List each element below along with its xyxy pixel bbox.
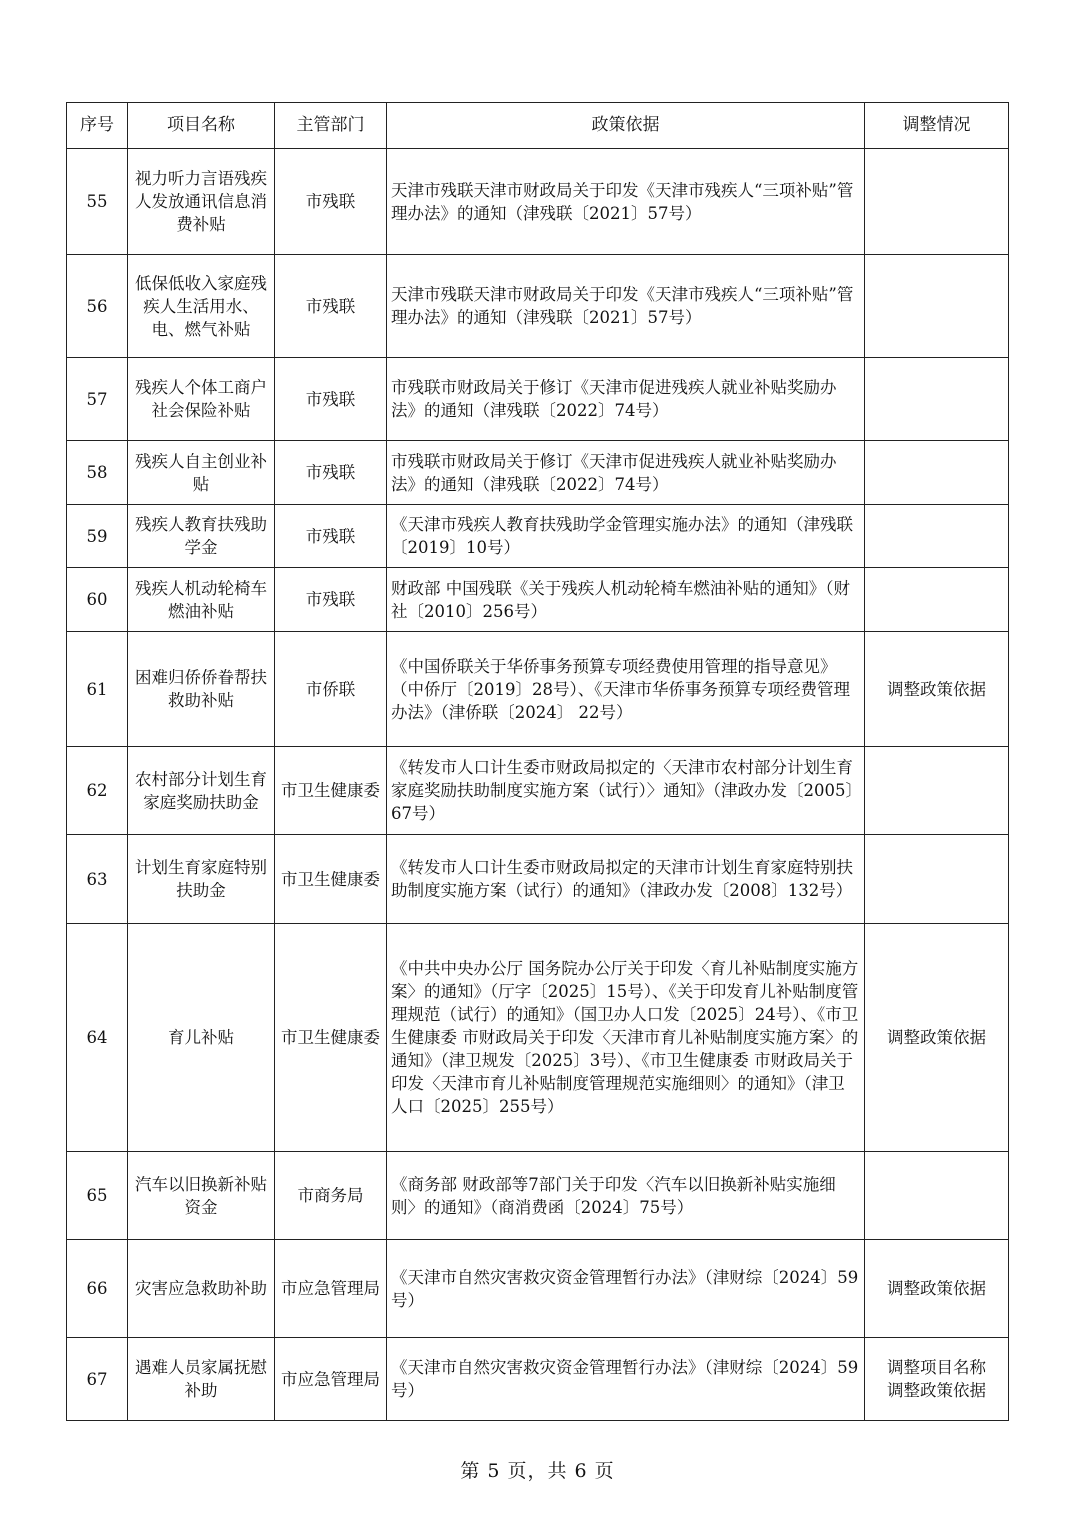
cell-policy-basis: 《天津市自然灾害救灾资金管理暂行办法》（津财综〔2024〕59号） — [387, 1338, 865, 1421]
cell-policy-basis: 《天津市残疾人教育扶残助学金管理实施办法》的通知（津残联〔2019〕10号） — [387, 505, 865, 568]
cell-department: 市商务局 — [275, 1152, 387, 1240]
cell-department: 市残联 — [275, 505, 387, 568]
table-header-row: 序号 项目名称 主管部门 政策依据 调整情况 — [67, 103, 1009, 149]
policy-table: 序号 项目名称 主管部门 政策依据 调整情况 55 视力听力言语残疾人发放通讯信… — [66, 102, 1009, 1421]
cell-policy-basis: 《中国侨联关于华侨事务预算专项经费使用管理的指导意见》（中侨厅〔2019〕28号… — [387, 632, 865, 747]
cell-policy-basis: 财政部 中国残联《关于残疾人机动轮椅车燃油补贴的通知》（财社〔2010〕256号… — [387, 568, 865, 632]
cell-adjustment — [865, 505, 1009, 568]
cell-policy-basis: 《商务部 财政部等7部门关于印发〈汽车以旧换新补贴实施细则〉的通知》（商消费函〔… — [387, 1152, 865, 1240]
cell-serial-no: 66 — [67, 1240, 128, 1338]
cell-department: 市卫生健康委 — [275, 835, 387, 924]
table-row: 63 计划生育家庭特别扶助金 市卫生健康委 《转发市人口计生委市财政局拟定的天津… — [67, 835, 1009, 924]
cell-project-name: 计划生育家庭特别扶助金 — [128, 835, 275, 924]
page-number: 第 5 页，共 6 页 — [0, 1456, 1075, 1483]
cell-serial-no: 56 — [67, 255, 128, 358]
cell-project-name: 困难归侨侨眷帮扶救助补贴 — [128, 632, 275, 747]
cell-policy-basis: 天津市残联天津市财政局关于印发《天津市残疾人“三项补贴”管理办法》的通知（津残联… — [387, 255, 865, 358]
cell-adjustment: 调整政策依据 — [865, 924, 1009, 1152]
table-row: 65 汽车以旧换新补贴资金 市商务局 《商务部 财政部等7部门关于印发〈汽车以旧… — [67, 1152, 1009, 1240]
cell-project-name: 残疾人机动轮椅车燃油补贴 — [128, 568, 275, 632]
cell-department: 市卫生健康委 — [275, 747, 387, 835]
table-row: 61 困难归侨侨眷帮扶救助补贴 市侨联 《中国侨联关于华侨事务预算专项经费使用管… — [67, 632, 1009, 747]
cell-department: 市残联 — [275, 441, 387, 505]
cell-policy-basis: 《转发市人口计生委市财政局拟定的天津市计划生育家庭特别扶助制度实施方案（试行）的… — [387, 835, 865, 924]
table-row: 64 育儿补贴 市卫生健康委 《中共中央办公厅 国务院办公厅关于印发〈育儿补贴制… — [67, 924, 1009, 1152]
cell-project-name: 灾害应急救助补助 — [128, 1240, 275, 1338]
cell-project-name: 汽车以旧换新补贴资金 — [128, 1152, 275, 1240]
cell-department: 市残联 — [275, 255, 387, 358]
cell-serial-no: 62 — [67, 747, 128, 835]
cell-serial-no: 58 — [67, 441, 128, 505]
cell-project-name: 低保低收入家庭残疾人生活用水、电、燃气补贴 — [128, 255, 275, 358]
cell-project-name: 残疾人教育扶残助学金 — [128, 505, 275, 568]
cell-project-name: 农村部分计划生育家庭奖励扶助金 — [128, 747, 275, 835]
header-department: 主管部门 — [275, 103, 387, 149]
cell-project-name: 视力听力言语残疾人发放通讯信息消费补贴 — [128, 149, 275, 255]
cell-policy-basis: 天津市残联天津市财政局关于印发《天津市残疾人“三项补贴”管理办法》的通知（津残联… — [387, 149, 865, 255]
cell-project-name: 残疾人个体工商户社会保险补贴 — [128, 358, 275, 441]
cell-serial-no: 63 — [67, 835, 128, 924]
table-row: 62 农村部分计划生育家庭奖励扶助金 市卫生健康委 《转发市人口计生委市财政局拟… — [67, 747, 1009, 835]
cell-policy-basis: 《天津市自然灾害救灾资金管理暂行办法》（津财综〔2024〕59号） — [387, 1240, 865, 1338]
cell-serial-no: 55 — [67, 149, 128, 255]
table-row: 57 残疾人个体工商户社会保险补贴 市残联 市残联市财政局关于修订《天津市促进残… — [67, 358, 1009, 441]
cell-project-name: 遇难人员家属抚慰补助 — [128, 1338, 275, 1421]
cell-serial-no: 60 — [67, 568, 128, 632]
cell-adjustment — [865, 149, 1009, 255]
cell-policy-basis: 市残联市财政局关于修订《天津市促进残疾人就业补贴奖励办法》的通知（津残联〔202… — [387, 441, 865, 505]
cell-adjustment — [865, 835, 1009, 924]
cell-department: 市应急管理局 — [275, 1240, 387, 1338]
cell-policy-basis: 《中共中央办公厅 国务院办公厅关于印发〈育儿补贴制度实施方案〉的通知》（厅字〔2… — [387, 924, 865, 1152]
cell-serial-no: 59 — [67, 505, 128, 568]
cell-serial-no: 57 — [67, 358, 128, 441]
cell-adjustment — [865, 568, 1009, 632]
cell-department: 市卫生健康委 — [275, 924, 387, 1152]
table-row: 66 灾害应急救助补助 市应急管理局 《天津市自然灾害救灾资金管理暂行办法》（津… — [67, 1240, 1009, 1338]
cell-serial-no: 61 — [67, 632, 128, 747]
cell-adjustment: 调整项目名称 调整政策依据 — [865, 1338, 1009, 1421]
cell-serial-no: 67 — [67, 1338, 128, 1421]
cell-adjustment — [865, 255, 1009, 358]
cell-adjustment — [865, 747, 1009, 835]
cell-department: 市残联 — [275, 149, 387, 255]
cell-adjustment — [865, 441, 1009, 505]
table-row: 59 残疾人教育扶残助学金 市残联 《天津市残疾人教育扶残助学金管理实施办法》的… — [67, 505, 1009, 568]
cell-department: 市侨联 — [275, 632, 387, 747]
cell-serial-no: 65 — [67, 1152, 128, 1240]
cell-department: 市残联 — [275, 358, 387, 441]
cell-project-name: 残疾人自主创业补贴 — [128, 441, 275, 505]
cell-adjustment — [865, 1152, 1009, 1240]
cell-adjustment: 调整政策依据 — [865, 632, 1009, 747]
table-row: 67 遇难人员家属抚慰补助 市应急管理局 《天津市自然灾害救灾资金管理暂行办法》… — [67, 1338, 1009, 1421]
cell-department: 市残联 — [275, 568, 387, 632]
table-row: 58 残疾人自主创业补贴 市残联 市残联市财政局关于修订《天津市促进残疾人就业补… — [67, 441, 1009, 505]
cell-project-name: 育儿补贴 — [128, 924, 275, 1152]
table-row: 56 低保低收入家庭残疾人生活用水、电、燃气补贴 市残联 天津市残联天津市财政局… — [67, 255, 1009, 358]
cell-adjustment — [865, 358, 1009, 441]
cell-policy-basis: 市残联市财政局关于修订《天津市促进残疾人就业补贴奖励办法》的通知（津残联〔202… — [387, 358, 865, 441]
cell-policy-basis: 《转发市人口计生委市财政局拟定的〈天津市农村部分计划生育家庭奖励扶助制度实施方案… — [387, 747, 865, 835]
header-project-name: 项目名称 — [128, 103, 275, 149]
header-adjustment: 调整情况 — [865, 103, 1009, 149]
cell-adjustment: 调整政策依据 — [865, 1240, 1009, 1338]
cell-serial-no: 64 — [67, 924, 128, 1152]
header-serial-no: 序号 — [67, 103, 128, 149]
header-policy-basis: 政策依据 — [387, 103, 865, 149]
table-row: 55 视力听力言语残疾人发放通讯信息消费补贴 市残联 天津市残联天津市财政局关于… — [67, 149, 1009, 255]
table-row: 60 残疾人机动轮椅车燃油补贴 市残联 财政部 中国残联《关于残疾人机动轮椅车燃… — [67, 568, 1009, 632]
cell-department: 市应急管理局 — [275, 1338, 387, 1421]
